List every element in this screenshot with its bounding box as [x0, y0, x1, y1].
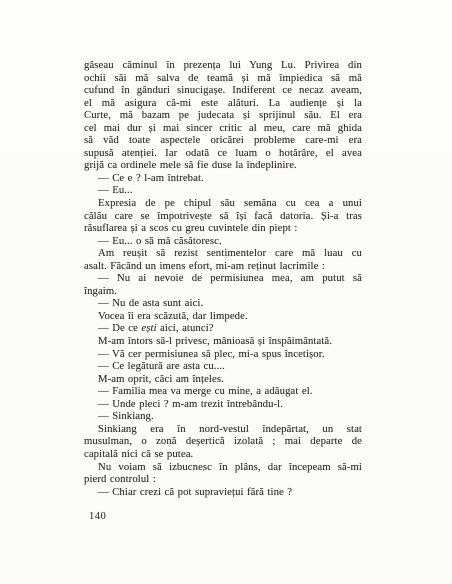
- text-line: — Eu... o să mă căsătoresc.: [84, 235, 362, 248]
- text-segment: — Unde pleci ? m-am trezit întrebându-l.: [98, 398, 283, 410]
- text-segment: — Chiar crezi că pot supraviețui fără ti…: [98, 486, 292, 498]
- text-line: Am reușit să rezist sentimentelor care m…: [84, 247, 362, 260]
- text-segment: cel mai dur și mai sincer critic al meu,…: [84, 122, 362, 134]
- text-line: — Unde pleci ? m-am trezit întrebându-l.: [84, 398, 362, 411]
- book-page: găseau căminul în prezența lui Yung Lu. …: [0, 0, 452, 584]
- text-line: răsuflarea și a scos cu greu cuvintele d…: [84, 222, 362, 235]
- text-segment: cufund în gânduri sinucigașe. Indiferent…: [84, 84, 362, 96]
- text-segment: supusă atenției. Iar odată ce luam o hot…: [84, 147, 362, 159]
- text-line: Curte, mă bazam pe judecata și sprijinul…: [84, 109, 362, 122]
- text-segment: — Sinkiang.: [98, 410, 154, 422]
- text-segment: Nu voiam să izbucnesc în plâns, dar înce…: [98, 461, 362, 473]
- text-line: asalt. Făcând un imens efort, mi-am reți…: [84, 260, 362, 273]
- text-line: musulman, o zonă deșertică izolată ; mai…: [84, 435, 362, 448]
- text-segment: călău care se împotrivește să își facă d…: [84, 210, 362, 222]
- text-line: — Eu...: [84, 184, 362, 197]
- text-line: Vocea îi era scăzută, dar limpede.: [84, 310, 362, 323]
- text-segment: ochii săi mă salva de teamă și mă împied…: [84, 72, 362, 84]
- text-segment: găseau căminul în prezența lui Yung Lu. …: [84, 59, 362, 71]
- text-line: — Nu de asta sunt aici.: [84, 297, 362, 310]
- text-line: Nu voiam să izbucnesc în plâns, dar înce…: [84, 461, 362, 474]
- text-line: cufund în gânduri sinucigașe. Indiferent…: [84, 84, 362, 97]
- text-segment: îngaim.: [84, 285, 117, 297]
- text-line: găseau căminul în prezența lui Yung Lu. …: [84, 59, 362, 72]
- text-line: călău care se împotrivește să își facă d…: [84, 210, 362, 223]
- text-line: pierd controlul :: [84, 473, 362, 486]
- text-segment: ești: [141, 322, 156, 334]
- text-segment: — Nu ai nevoie de permisiunea mea, am pu…: [98, 272, 362, 284]
- text-segment: pierd controlul :: [84, 473, 156, 485]
- text-segment: — Eu...: [98, 184, 133, 196]
- text-segment: musulman, o zonă deșertică izolată ; mai…: [84, 435, 362, 447]
- text-line: capitală nici că se putea.: [84, 448, 362, 461]
- text-line: — Ce e ? l-am întrebat.: [84, 172, 362, 185]
- text-segment: — Eu... o să mă căsătoresc.: [98, 235, 222, 247]
- text-segment: să văd toate aspectele oricărei probleme…: [84, 134, 362, 146]
- text-segment: grijă ca ordinele mele să fie duse la în…: [84, 159, 297, 171]
- text-line: să văd toate aspectele oricărei probleme…: [84, 134, 362, 147]
- text-line: M-am întors să-l privesc, mânioasă și în…: [84, 335, 362, 348]
- page-text: găseau căminul în prezența lui Yung Lu. …: [84, 59, 362, 498]
- text-segment: răsuflarea și a scos cu greu cuvintele d…: [84, 222, 297, 234]
- text-line: Sinkiang era în nord-vestul îndepărtat, …: [84, 423, 362, 436]
- page-number: 140: [89, 511, 106, 522]
- text-segment: — Familia mea va merge cu mine, a adăuga…: [98, 385, 313, 397]
- text-segment: — Ce e ? l-am întrebat.: [98, 172, 204, 184]
- text-line: el mă asigura că-mi este alături. La aud…: [84, 97, 362, 110]
- text-line: supusă atenției. Iar odată ce luam o hot…: [84, 147, 362, 160]
- text-line: M-am oprit, căci am înțeles.: [84, 373, 362, 386]
- text-segment: el mă asigura că-mi este alături. La aud…: [84, 97, 362, 109]
- text-line: grijă ca ordinele mele să fie duse la în…: [84, 159, 362, 172]
- text-segment: M-am oprit, căci am înțeles.: [98, 373, 224, 385]
- text-line: — Ce legătură are asta cu....: [84, 360, 362, 373]
- text-line: — Sinkiang.: [84, 410, 362, 423]
- text-segment: — Ce legătură are asta cu....: [98, 360, 225, 372]
- text-line: — De ce ești aici, atunci?: [84, 322, 362, 335]
- text-segment: Vocea îi era scăzută, dar limpede.: [98, 310, 248, 322]
- text-segment: — Nu de asta sunt aici.: [98, 297, 203, 309]
- text-segment: Am reușit să rezist sentimentelor care m…: [98, 247, 362, 259]
- text-segment: asalt. Făcând un imens efort, mi-am reți…: [84, 260, 325, 272]
- text-line: cel mai dur și mai sincer critic al meu,…: [84, 122, 362, 135]
- text-line: Expresia de pe chipul său semăna cu cea …: [84, 197, 362, 210]
- text-line: — Nu ai nevoie de permisiunea mea, am pu…: [84, 272, 362, 285]
- text-line: — Familia mea va merge cu mine, a adăuga…: [84, 385, 362, 398]
- text-line: îngaim.: [84, 285, 362, 298]
- text-line: — Chiar crezi că pot supraviețui fără ti…: [84, 486, 362, 499]
- text-segment: M-am întors să-l privesc, mânioasă și în…: [98, 335, 332, 347]
- text-segment: — Vă cer permisiunea să plec, mi-a spus …: [98, 348, 325, 360]
- text-segment: Sinkiang era în nord-vestul îndepărtat, …: [98, 423, 362, 435]
- text-segment: Curte, mă bazam pe judecata și sprijinul…: [84, 109, 362, 121]
- text-segment: aici, atunci?: [157, 322, 214, 334]
- text-line: ochii săi mă salva de teamă și mă împied…: [84, 72, 362, 85]
- text-segment: — De ce: [98, 322, 141, 334]
- text-line: — Vă cer permisiunea să plec, mi-a spus …: [84, 348, 362, 361]
- text-segment: Expresia de pe chipul său semăna cu cea …: [98, 197, 362, 209]
- text-segment: capitală nici că se putea.: [84, 448, 193, 460]
